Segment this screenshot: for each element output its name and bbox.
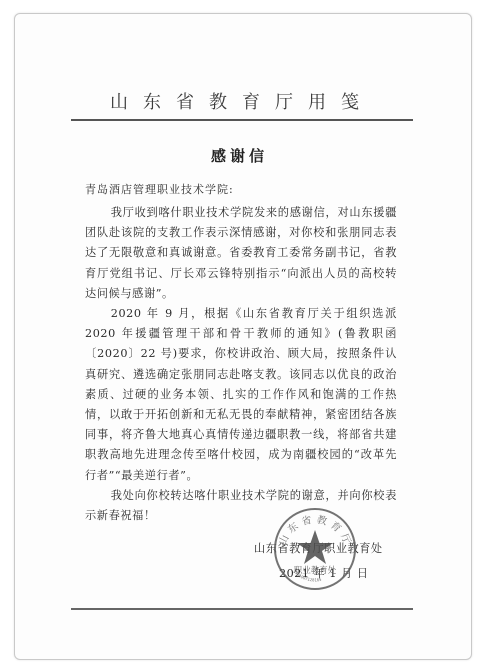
letterhead-rule — [71, 119, 413, 121]
salutation: 青岛酒店管理职业技术学院: — [85, 181, 234, 197]
footer-rule — [71, 608, 413, 610]
letterhead-title: 山东省教育厅用笺 — [72, 88, 412, 114]
letter-body: 我厅收到喀什职业技术学院发来的感谢信，对山东援疆团队赴该院的支教工作表示深情感谢… — [85, 203, 397, 526]
paragraph-2: 2020 年 9 月，根据《山东省教育厅关于组织选派 2020 年援疆管理干部和… — [85, 304, 397, 486]
paragraph-1: 我厅收到喀什职业技术学院发来的感谢信，对山东援疆团队赴该院的支教工作表示深情感谢… — [85, 203, 397, 304]
letter-title: 感谢信 — [0, 145, 479, 166]
official-seal-icon: 山东省教育厅 职业教育处 3701007128165 — [272, 506, 358, 592]
